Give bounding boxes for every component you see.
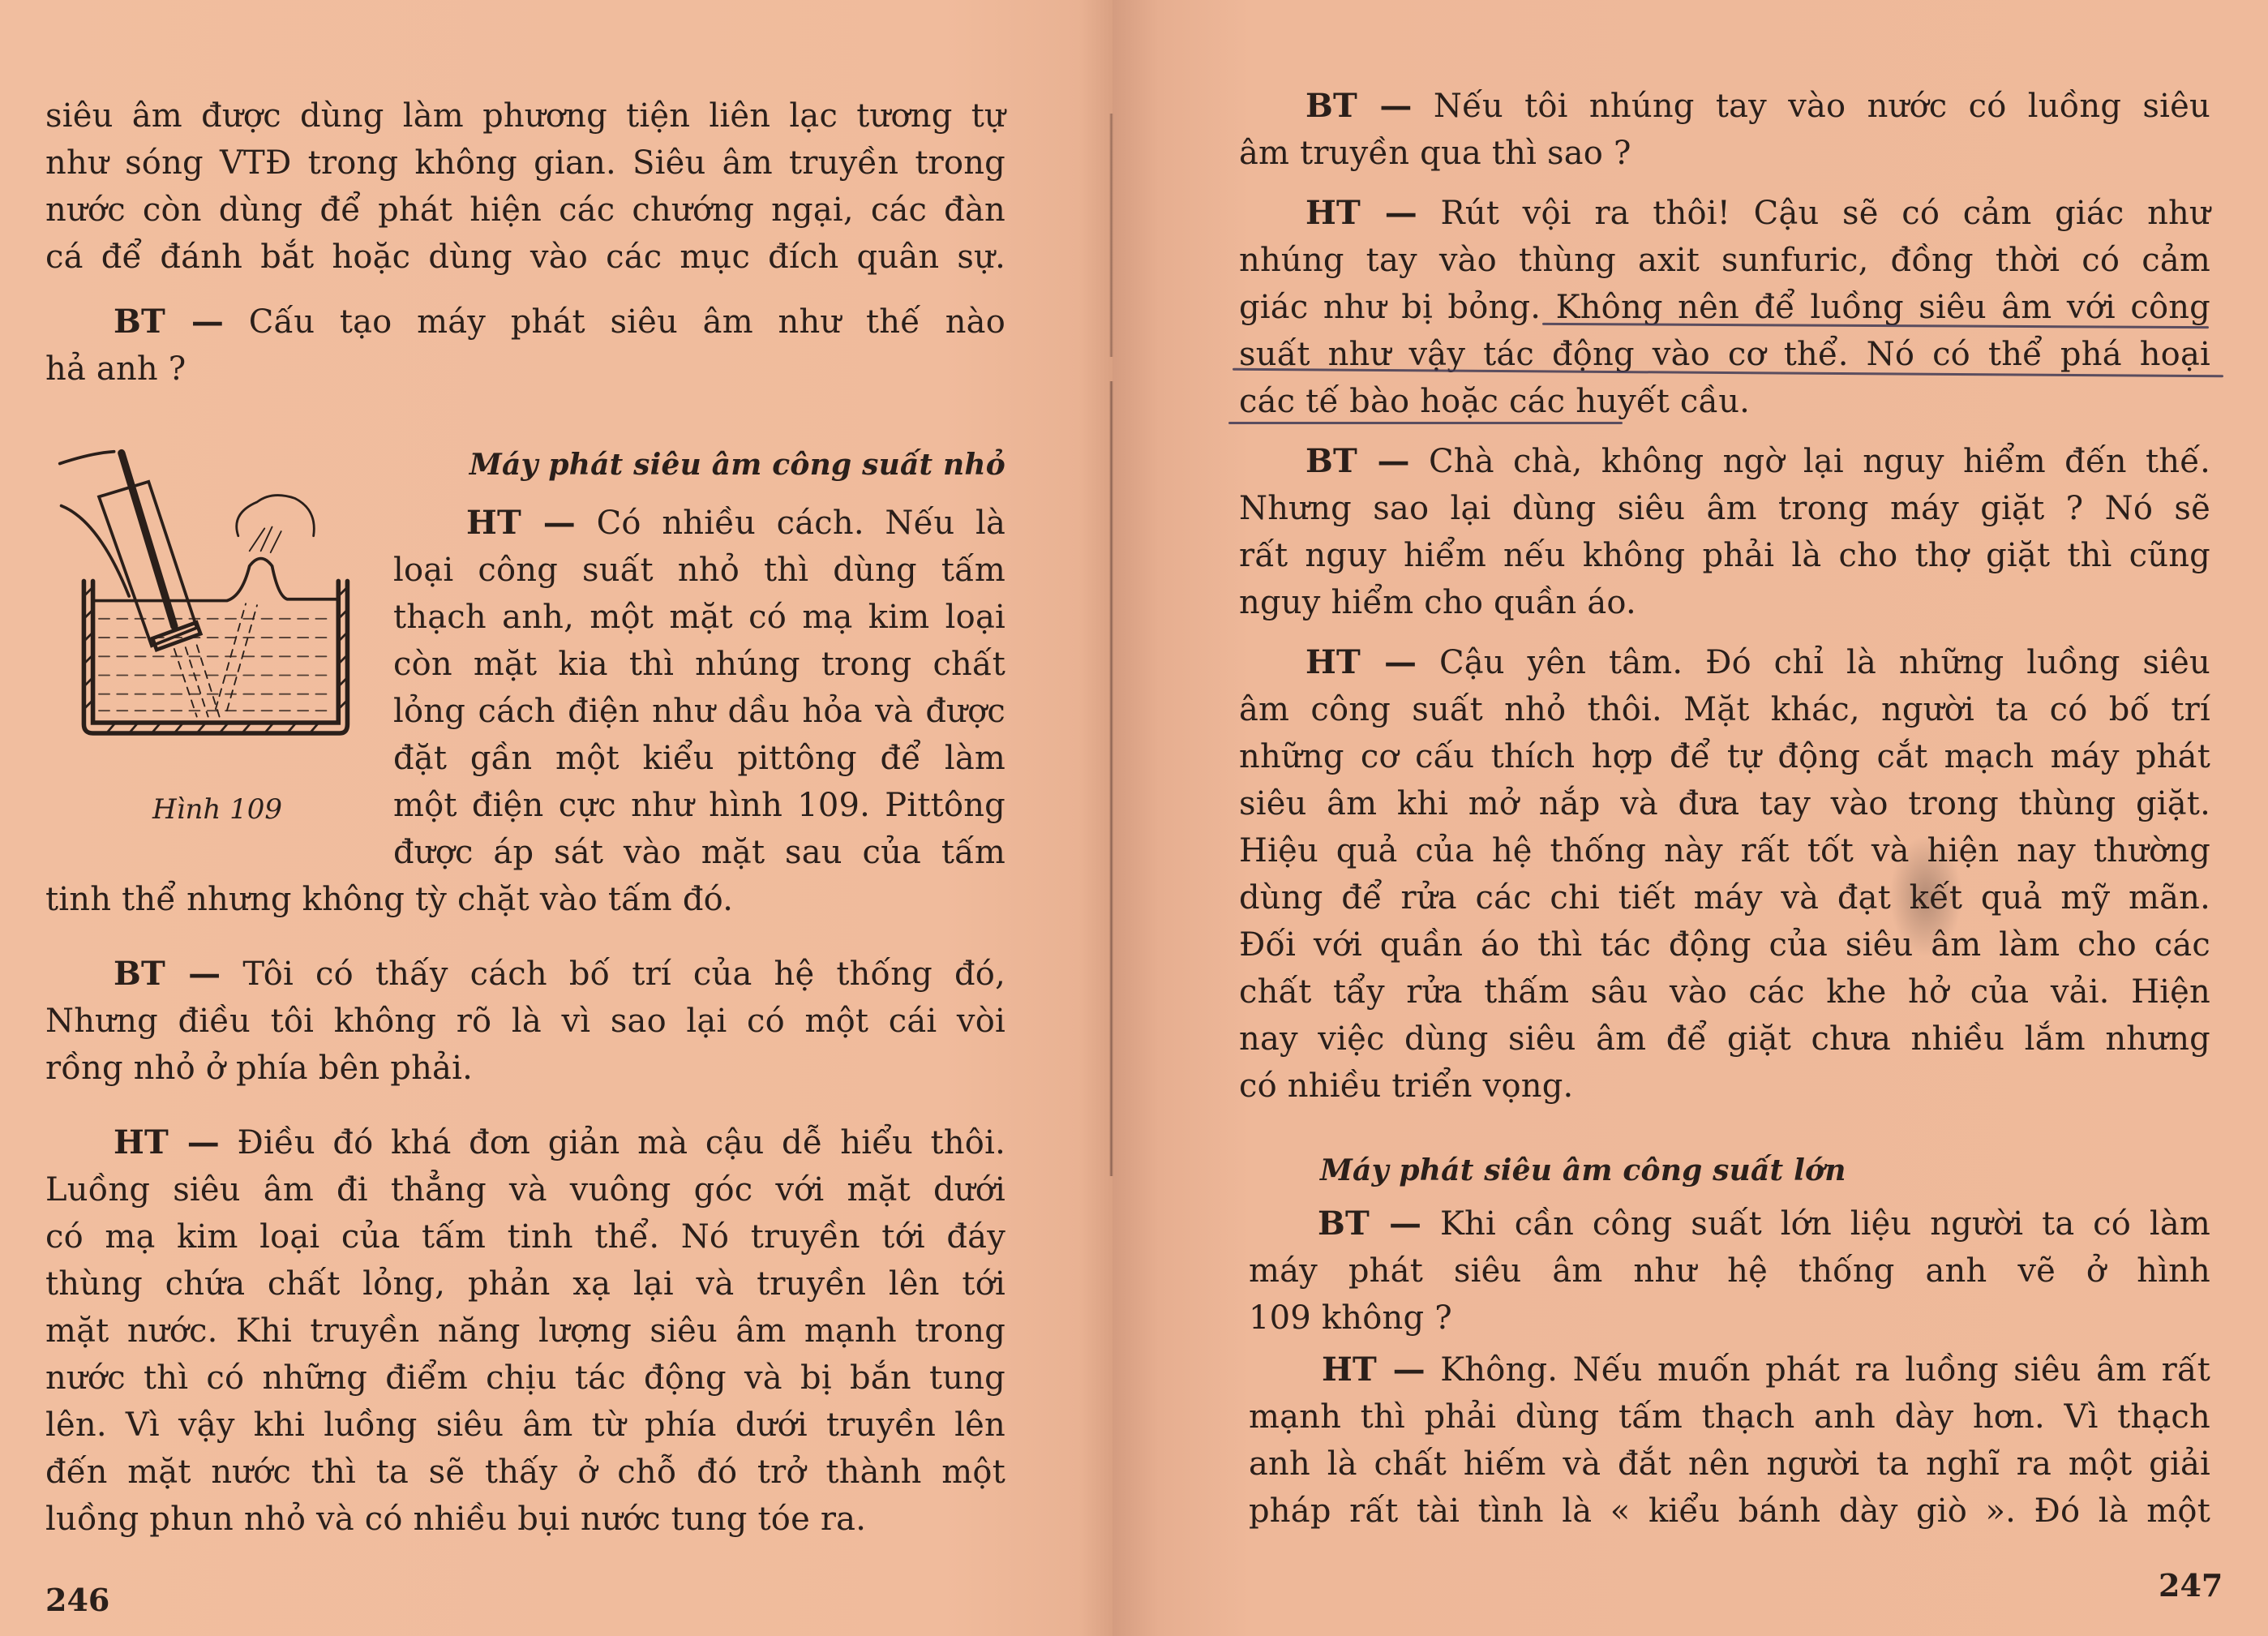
dialogue-question-first-line: BT — Khi cần công suất lớn liệu người ta… (1318, 1204, 2210, 1244)
text-line: Nhưng điều tôi không rõ là vì sao lại có… (45, 1001, 1005, 1041)
text-line: rất nguy hiểm nếu không phải là cho thợ … (1239, 535, 2210, 576)
text-line: thạch anh, một mặt có mạ kim loại (393, 597, 1005, 638)
text-line: các tế bào hoặc các huyết cầu. (1239, 381, 2210, 422)
text-line: lên. Vì vậy khi luồng siêu âm từ phía dư… (45, 1405, 1005, 1445)
text-line: nay việc dùng siêu âm để giặt chưa nhiều… (1239, 1019, 2210, 1059)
text-line: loại công suất nhỏ thì dùng tấm (393, 550, 1005, 590)
text-line: đến mặt nước thì ta sẽ thấy ở chỗ đó trở… (45, 1452, 1005, 1492)
text-line: nhúng tay vào thùng axit sunfuric, đồng … (1239, 240, 2210, 281)
text-line: luồng phun nhỏ và có nhiều bụi nước tung… (45, 1499, 1005, 1539)
text-line: chất tẩy rửa thấm sâu vào các khe hở của… (1239, 972, 2210, 1012)
speaker-ht: HT — (1305, 194, 1417, 232)
figure-caption: Hình 109 (152, 793, 282, 826)
dialogue-question-first-line: BT — Cấu tạo máy phát siêu âm như thế nà… (114, 302, 1005, 342)
speaker-bt: BT — (114, 303, 224, 341)
dialogue-question-first-line: BT — Tôi có thấy cách bố trí của hệ thốn… (114, 954, 1005, 994)
dialogue-question-first-line: BT — Nếu tôi nhúng tay vào nước có luồng… (1305, 86, 2210, 127)
dialogue-answer-first-line: HT — Điều đó khá đơn giản mà cậu dễ hiểu… (114, 1123, 1005, 1163)
text-line: rồng nhỏ ở phía bên phải. (45, 1048, 1005, 1089)
text-line: thùng chứa chất lỏng, phản xạ lại và tru… (45, 1264, 1005, 1304)
dialogue-answer-first-line: HT — Rút vội ra thôi! Cậu sẽ có cảm giác… (1305, 193, 2210, 234)
text-line: còn mặt kia thì nhúng trong chất (393, 644, 1005, 685)
speaker-bt: BT — (1305, 442, 1410, 480)
text-line: những cơ cấu thích hợp để tự động cắt mạ… (1239, 736, 2210, 777)
text-line: được áp sát vào mặt sau của tấm (393, 832, 1005, 873)
text-line: một điện cực như hình 109. Pittông (393, 785, 1005, 826)
text-line: cá để đánh bắt hoặc dùng vào các mục đíc… (45, 237, 1005, 277)
speaker-ht: HT — (114, 1123, 220, 1162)
dialogue-question-first-line: BT — Chà chà, không ngờ lại nguy hiểm đế… (1305, 441, 2210, 482)
text-line: nước còn dùng để phát hiện các chướng ng… (45, 190, 1005, 230)
page-number: 246 (45, 1582, 109, 1618)
text-line: siêu âm khi mở nắp và đưa tay vào trong … (1239, 784, 2210, 824)
text-line: có nhiều triển vọng. (1239, 1066, 2210, 1106)
text-line: Nhưng sao lại dùng siêu âm trong máy giặ… (1239, 488, 2210, 529)
text-line: nguy hiểm cho quần áo. (1239, 582, 2210, 623)
text-line: mạnh thì phải dùng tấm thạch anh dày hơn… (1249, 1397, 2210, 1437)
text-line: lỏng cách điện như dầu hỏa và được (393, 691, 1005, 732)
text-line: đặt gần một kiểu pittông để làm (393, 738, 1005, 779)
text-line: pháp rất tài tình là « kiểu bánh dày giò… (1249, 1491, 2210, 1531)
text-line: dùng để rửa các chi tiết máy và đạt kết … (1239, 878, 2210, 918)
text-line: anh là chất hiếm và đắt nên người ta ngh… (1249, 1444, 2210, 1484)
text-line: nước thì có những điểm chịu tác động và … (45, 1358, 1005, 1398)
text-line: mặt nước. Khi truyền năng lượng siêu âm … (45, 1311, 1005, 1351)
section-heading: Máy phát siêu âm công suất nhỏ (462, 444, 1005, 485)
text-line: hả anh ? (45, 349, 1005, 389)
speaker-bt: BT — (1305, 87, 1413, 125)
page-number: 247 (2159, 1567, 2223, 1604)
dialogue-answer-first-line: HT — Có nhiều cách. Nếu là (466, 503, 1005, 543)
book-gutter (1109, 114, 1113, 357)
section-heading: Máy phát siêu âm công suất lớn (1320, 1150, 1969, 1191)
text-line: giác như bị bỏng. Không nên để luồng siê… (1239, 287, 2210, 328)
book-gutter-crease (1109, 381, 1113, 1176)
text-line: như sóng VTĐ trong không gian. Siêu âm t… (45, 143, 1005, 183)
speaker-ht: HT — (1305, 643, 1417, 681)
speaker-ht: HT — (466, 504, 576, 542)
speaker-ht: HT — (1322, 1350, 1426, 1389)
text-line: siêu âm được dùng làm phương tiện liên l… (45, 96, 1005, 136)
text-line: Hiệu quả của hệ thống này rất tốt và hiệ… (1239, 831, 2210, 871)
text-line: Đối với quần áo thì tác động của siêu âm… (1239, 925, 2210, 965)
text-line: tinh thể nhưng không tỳ chặt vào tấm đó. (45, 879, 1005, 920)
text-line: âm truyền qua thì sao ? (1239, 133, 2210, 174)
dialogue-answer-first-line: HT — Không. Nếu muốn phát ra luồng siêu … (1322, 1350, 2210, 1390)
speaker-bt: BT — (114, 955, 221, 993)
text-line: âm công suất nhỏ thôi. Mặt khác, người t… (1239, 689, 2210, 730)
text-line: 109 không ? (1249, 1298, 2220, 1338)
text-line: máy phát siêu âm như hệ thống anh vẽ ở h… (1249, 1251, 2210, 1291)
dialogue-answer-first-line: HT — Cậu yên tâm. Đó chỉ là những luồng … (1305, 642, 2210, 683)
ultrasonic-bath-figure-icon (42, 438, 367, 754)
speaker-bt: BT — (1318, 1204, 1421, 1243)
text-line: Luồng siêu âm đi thẳng và vuông góc với … (45, 1170, 1005, 1210)
text-line: có mạ kim loại của tấm tinh thể. Nó truy… (45, 1217, 1005, 1257)
pen-underline (1228, 422, 1623, 424)
